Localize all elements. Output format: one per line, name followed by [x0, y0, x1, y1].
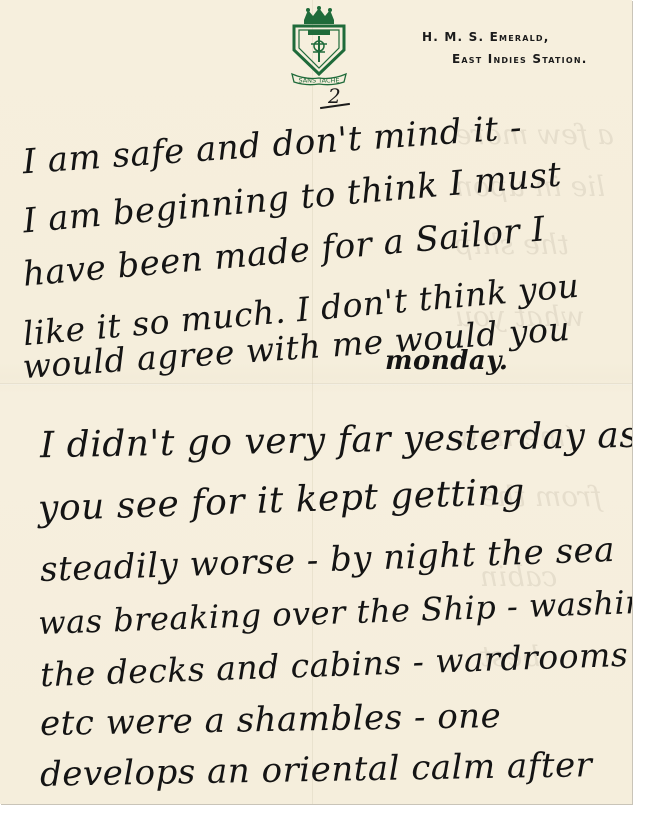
- handwritten-line: develops an oriental calm after: [40, 745, 593, 795]
- handwritten-line: the decks and cabins - wardrooms: [39, 635, 628, 695]
- letterhead: H. M. S. Emerald, East Indies Station.: [420, 30, 588, 66]
- handwritten-line: you see for it kept getting: [37, 472, 525, 530]
- ship-name: H. M. S. Emerald,: [422, 30, 588, 44]
- handwritten-line: I didn't go very far yesterday as: [40, 415, 632, 466]
- naval-crest-icon: SANS TACHE: [286, 6, 352, 86]
- horizontal-fold-crease: [0, 383, 632, 385]
- handwritten-line: etc were a shambles - one: [40, 696, 502, 744]
- handwritten-line: monday.: [385, 346, 508, 376]
- handwritten-line: was breaking over the Ship - washing: [38, 582, 632, 642]
- letter-page: a few more lie in upon the ship what you…: [0, 0, 632, 804]
- station-name: East Indies Station.: [452, 52, 588, 66]
